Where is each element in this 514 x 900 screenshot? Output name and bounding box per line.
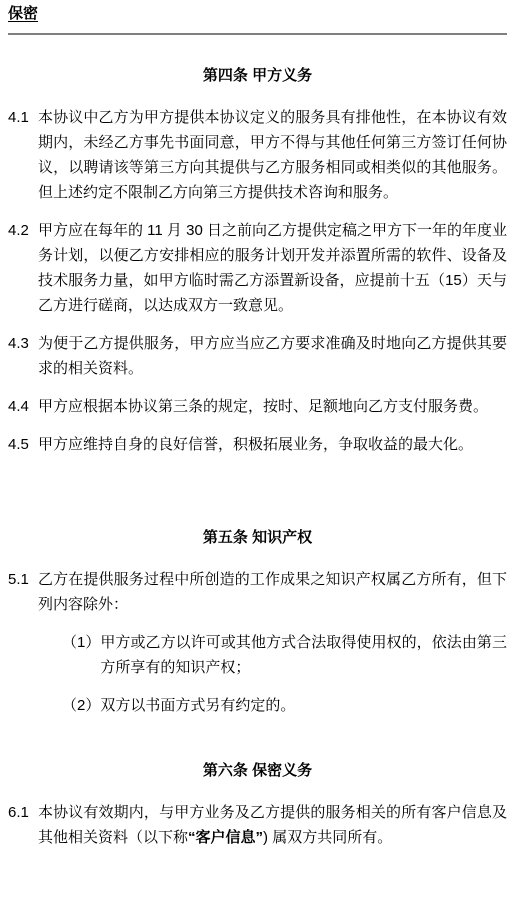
clause-4-2: 4.2 甲方应在每年的 11 月 30 日之前向乙方提供定稿之甲方下一年的年度业… bbox=[8, 218, 507, 318]
clause-4-4: 4.4 甲方应根据本协议第三条的规定，按时、足额地向乙方支付服务费。 bbox=[8, 394, 507, 419]
clause-number: 4.5 bbox=[8, 432, 38, 457]
header-divider bbox=[8, 33, 507, 35]
clause-text: 本协议中乙方为甲方提供本协议定义的服务具有排他性，在本协议有效期内，未经乙方事先… bbox=[38, 105, 507, 205]
subitem-text: 双方以书面方式另有约定的。 bbox=[100, 693, 507, 718]
clause-number: 4.3 bbox=[8, 331, 38, 381]
subitem-5-1-2: （2） 双方以书面方式另有约定的。 bbox=[62, 693, 507, 718]
subitem-marker: （1） bbox=[62, 630, 100, 680]
clause-text: 甲方应根据本协议第三条的规定，按时、足额地向乙方支付服务费。 bbox=[38, 394, 507, 419]
defined-term-customer-info: “客户信息” bbox=[188, 829, 263, 846]
section-title-article-5: 第五条 知识产权 bbox=[8, 525, 507, 550]
clause-number: 4.1 bbox=[8, 105, 38, 205]
clause-4-1: 4.1 本协议中乙方为甲方提供本协议定义的服务具有排他性，在本协议有效期内，未经… bbox=[8, 105, 507, 205]
contract-page: 保密 第四条 甲方义务 4.1 本协议中乙方为甲方提供本协议定义的服务具有排他性… bbox=[0, 0, 514, 900]
section-title-article-4: 第四条 甲方义务 bbox=[8, 63, 507, 88]
clause-4-5: 4.5 甲方应维持自身的良好信誉，积极拓展业务，争取收益的最大化。 bbox=[8, 432, 507, 457]
clause-number: 4.4 bbox=[8, 394, 38, 419]
subitem-text: 甲方或乙方以许可或其他方式合法取得使用权的，依法由第三方所享有的知识产权； bbox=[100, 630, 507, 680]
subitem-5-1-1: （1） 甲方或乙方以许可或其他方式合法取得使用权的，依法由第三方所享有的知识产权… bbox=[62, 630, 507, 680]
clause-number: 5.1 bbox=[8, 567, 38, 617]
clause-number: 4.2 bbox=[8, 218, 38, 318]
clause-text: 甲方应维持自身的良好信誉，积极拓展业务，争取收益的最大化。 bbox=[38, 432, 507, 457]
clause-text: 本协议有效期内，与甲方业务及乙方提供的服务相关的所有客户信息及其他相关资料（以下… bbox=[38, 800, 507, 850]
clause-number: 6.1 bbox=[8, 800, 38, 850]
confidential-label: 保密 bbox=[8, 4, 507, 24]
clause-text: 为便于乙方提供服务，甲方应当应乙方要求准确及时地向乙方提供其要求的相关资料。 bbox=[38, 331, 507, 381]
clause-5-1: 5.1 乙方在提供服务过程中所创造的工作成果之知识产权属乙方所有，但下列内容除外… bbox=[8, 567, 507, 617]
clause-6-1: 6.1 本协议有效期内，与甲方业务及乙方提供的服务相关的所有客户信息及其他相关资… bbox=[8, 800, 507, 850]
clause-4-3: 4.3 为便于乙方提供服务，甲方应当应乙方要求准确及时地向乙方提供其要求的相关资… bbox=[8, 331, 507, 381]
section-title-article-6: 第六条 保密义务 bbox=[8, 758, 507, 783]
clause-text: 甲方应在每年的 11 月 30 日之前向乙方提供定稿之甲方下一年的年度业务计划，… bbox=[38, 218, 507, 318]
subitem-marker: （2） bbox=[62, 693, 100, 718]
clause-text-segment: ) 属双方共同所有。 bbox=[263, 829, 392, 846]
clause-text: 乙方在提供服务过程中所创造的工作成果之知识产权属乙方所有，但下列内容除外： bbox=[38, 567, 507, 617]
